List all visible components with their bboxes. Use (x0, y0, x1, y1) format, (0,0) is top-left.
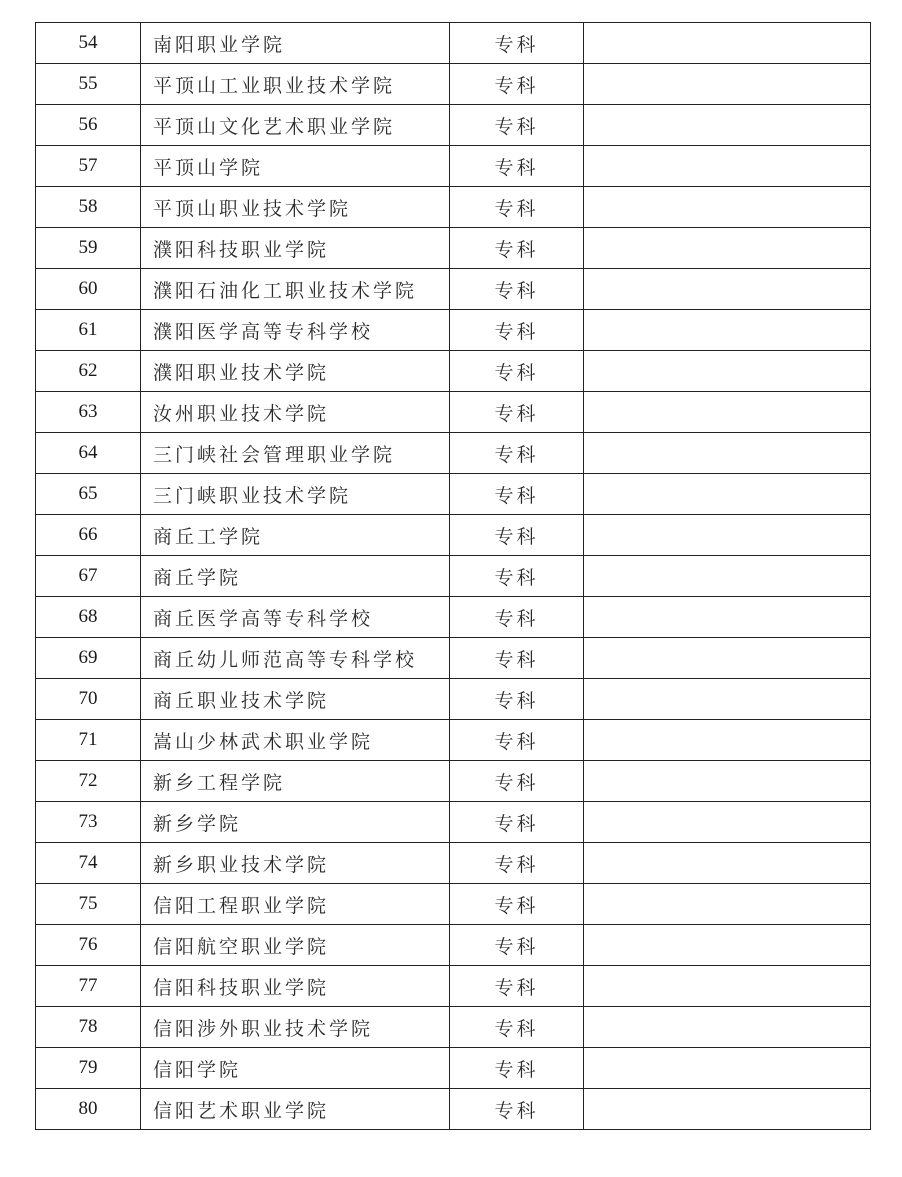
table-row: 61 濮阳医学高等专科学校 专科 (36, 310, 871, 351)
table-row: 66 商丘工学院 专科 (36, 515, 871, 556)
table-row: 67 商丘学院 专科 (36, 556, 871, 597)
institution-name-cell: 三门峡职业技术学院 (141, 474, 450, 515)
table-row: 57 平顶山学院 专科 (36, 146, 871, 187)
institution-table: 54 南阳职业学院 专科 55 平顶山工业职业技术学院 专科 56 平顶山文化艺… (35, 22, 871, 1130)
education-level-cell: 专科 (450, 720, 584, 761)
note-cell (584, 228, 871, 269)
row-number-cell: 56 (36, 105, 141, 146)
note-cell (584, 351, 871, 392)
row-number-cell: 76 (36, 925, 141, 966)
institution-name-cell: 新乡学院 (141, 802, 450, 843)
institution-name-cell: 南阳职业学院 (141, 23, 450, 64)
table-row: 54 南阳职业学院 专科 (36, 23, 871, 64)
institution-name-cell: 濮阳石油化工职业技术学院 (141, 269, 450, 310)
institution-name-cell: 新乡工程学院 (141, 761, 450, 802)
document-page: 54 南阳职业学院 专科 55 平顶山工业职业技术学院 专科 56 平顶山文化艺… (35, 22, 870, 1130)
institution-name-cell: 信阳艺术职业学院 (141, 1089, 450, 1130)
institution-name-cell: 新乡职业技术学院 (141, 843, 450, 884)
table-row: 63 汝州职业技术学院 专科 (36, 392, 871, 433)
education-level-cell: 专科 (450, 843, 584, 884)
row-number-cell: 67 (36, 556, 141, 597)
note-cell (584, 761, 871, 802)
row-number-cell: 58 (36, 187, 141, 228)
education-level-cell: 专科 (450, 187, 584, 228)
note-cell (584, 433, 871, 474)
row-number-cell: 61 (36, 310, 141, 351)
row-number-cell: 77 (36, 966, 141, 1007)
note-cell (584, 638, 871, 679)
table-row: 64 三门峡社会管理职业学院 专科 (36, 433, 871, 474)
institution-name-cell: 信阳工程职业学院 (141, 884, 450, 925)
institution-name-cell: 平顶山文化艺术职业学院 (141, 105, 450, 146)
education-level-cell: 专科 (450, 64, 584, 105)
row-number-cell: 74 (36, 843, 141, 884)
row-number-cell: 80 (36, 1089, 141, 1130)
table-row: 56 平顶山文化艺术职业学院 专科 (36, 105, 871, 146)
row-number-cell: 71 (36, 720, 141, 761)
row-number-cell: 65 (36, 474, 141, 515)
institution-name-cell: 平顶山工业职业技术学院 (141, 64, 450, 105)
education-level-cell: 专科 (450, 966, 584, 1007)
table-row: 72 新乡工程学院 专科 (36, 761, 871, 802)
table-row: 80 信阳艺术职业学院 专科 (36, 1089, 871, 1130)
table-row: 75 信阳工程职业学院 专科 (36, 884, 871, 925)
note-cell (584, 515, 871, 556)
row-number-cell: 70 (36, 679, 141, 720)
note-cell (584, 802, 871, 843)
education-level-cell: 专科 (450, 884, 584, 925)
institution-name-cell: 商丘医学高等专科学校 (141, 597, 450, 638)
education-level-cell: 专科 (450, 351, 584, 392)
note-cell (584, 884, 871, 925)
institution-name-cell: 嵩山少林武术职业学院 (141, 720, 450, 761)
education-level-cell: 专科 (450, 761, 584, 802)
education-level-cell: 专科 (450, 228, 584, 269)
note-cell (584, 597, 871, 638)
education-level-cell: 专科 (450, 515, 584, 556)
institution-name-cell: 商丘职业技术学院 (141, 679, 450, 720)
row-number-cell: 79 (36, 1048, 141, 1089)
institution-name-cell: 濮阳科技职业学院 (141, 228, 450, 269)
table-row: 59 濮阳科技职业学院 专科 (36, 228, 871, 269)
row-number-cell: 75 (36, 884, 141, 925)
education-level-cell: 专科 (450, 679, 584, 720)
education-level-cell: 专科 (450, 433, 584, 474)
row-number-cell: 60 (36, 269, 141, 310)
institution-name-cell: 汝州职业技术学院 (141, 392, 450, 433)
table-row: 65 三门峡职业技术学院 专科 (36, 474, 871, 515)
institution-name-cell: 商丘幼儿师范高等专科学校 (141, 638, 450, 679)
table-row: 76 信阳航空职业学院 专科 (36, 925, 871, 966)
education-level-cell: 专科 (450, 474, 584, 515)
row-number-cell: 69 (36, 638, 141, 679)
education-level-cell: 专科 (450, 269, 584, 310)
education-level-cell: 专科 (450, 802, 584, 843)
row-number-cell: 59 (36, 228, 141, 269)
table-row: 79 信阳学院 专科 (36, 1048, 871, 1089)
row-number-cell: 57 (36, 146, 141, 187)
education-level-cell: 专科 (450, 638, 584, 679)
institution-name-cell: 三门峡社会管理职业学院 (141, 433, 450, 474)
row-number-cell: 72 (36, 761, 141, 802)
table-row: 55 平顶山工业职业技术学院 专科 (36, 64, 871, 105)
note-cell (584, 679, 871, 720)
institution-name-cell: 信阳学院 (141, 1048, 450, 1089)
institution-name-cell: 信阳科技职业学院 (141, 966, 450, 1007)
note-cell (584, 720, 871, 761)
row-number-cell: 55 (36, 64, 141, 105)
note-cell (584, 23, 871, 64)
table-row: 70 商丘职业技术学院 专科 (36, 679, 871, 720)
row-number-cell: 66 (36, 515, 141, 556)
note-cell (584, 843, 871, 884)
table-row: 77 信阳科技职业学院 专科 (36, 966, 871, 1007)
note-cell (584, 392, 871, 433)
note-cell (584, 966, 871, 1007)
institution-name-cell: 信阳航空职业学院 (141, 925, 450, 966)
note-cell (584, 146, 871, 187)
table-row: 78 信阳涉外职业技术学院 专科 (36, 1007, 871, 1048)
note-cell (584, 187, 871, 228)
note-cell (584, 1048, 871, 1089)
note-cell (584, 1007, 871, 1048)
table-body: 54 南阳职业学院 专科 55 平顶山工业职业技术学院 专科 56 平顶山文化艺… (36, 23, 871, 1130)
education-level-cell: 专科 (450, 392, 584, 433)
education-level-cell: 专科 (450, 146, 584, 187)
table-row: 60 濮阳石油化工职业技术学院 专科 (36, 269, 871, 310)
row-number-cell: 73 (36, 802, 141, 843)
table-row: 69 商丘幼儿师范高等专科学校 专科 (36, 638, 871, 679)
note-cell (584, 64, 871, 105)
education-level-cell: 专科 (450, 597, 584, 638)
table-row: 58 平顶山职业技术学院 专科 (36, 187, 871, 228)
note-cell (584, 310, 871, 351)
institution-name-cell: 商丘工学院 (141, 515, 450, 556)
education-level-cell: 专科 (450, 23, 584, 64)
table-row: 74 新乡职业技术学院 专科 (36, 843, 871, 884)
institution-name-cell: 平顶山职业技术学院 (141, 187, 450, 228)
table-row: 62 濮阳职业技术学院 专科 (36, 351, 871, 392)
education-level-cell: 专科 (450, 1048, 584, 1089)
note-cell (584, 105, 871, 146)
education-level-cell: 专科 (450, 556, 584, 597)
institution-name-cell: 濮阳职业技术学院 (141, 351, 450, 392)
note-cell (584, 1089, 871, 1130)
institution-name-cell: 商丘学院 (141, 556, 450, 597)
institution-name-cell: 濮阳医学高等专科学校 (141, 310, 450, 351)
note-cell (584, 556, 871, 597)
institution-name-cell: 平顶山学院 (141, 146, 450, 187)
row-number-cell: 63 (36, 392, 141, 433)
education-level-cell: 专科 (450, 105, 584, 146)
note-cell (584, 269, 871, 310)
note-cell (584, 925, 871, 966)
institution-name-cell: 信阳涉外职业技术学院 (141, 1007, 450, 1048)
education-level-cell: 专科 (450, 1089, 584, 1130)
education-level-cell: 专科 (450, 1007, 584, 1048)
row-number-cell: 78 (36, 1007, 141, 1048)
table-row: 71 嵩山少林武术职业学院 专科 (36, 720, 871, 761)
table-row: 68 商丘医学高等专科学校 专科 (36, 597, 871, 638)
education-level-cell: 专科 (450, 925, 584, 966)
row-number-cell: 68 (36, 597, 141, 638)
note-cell (584, 474, 871, 515)
row-number-cell: 62 (36, 351, 141, 392)
row-number-cell: 54 (36, 23, 141, 64)
education-level-cell: 专科 (450, 310, 584, 351)
table-row: 73 新乡学院 专科 (36, 802, 871, 843)
row-number-cell: 64 (36, 433, 141, 474)
